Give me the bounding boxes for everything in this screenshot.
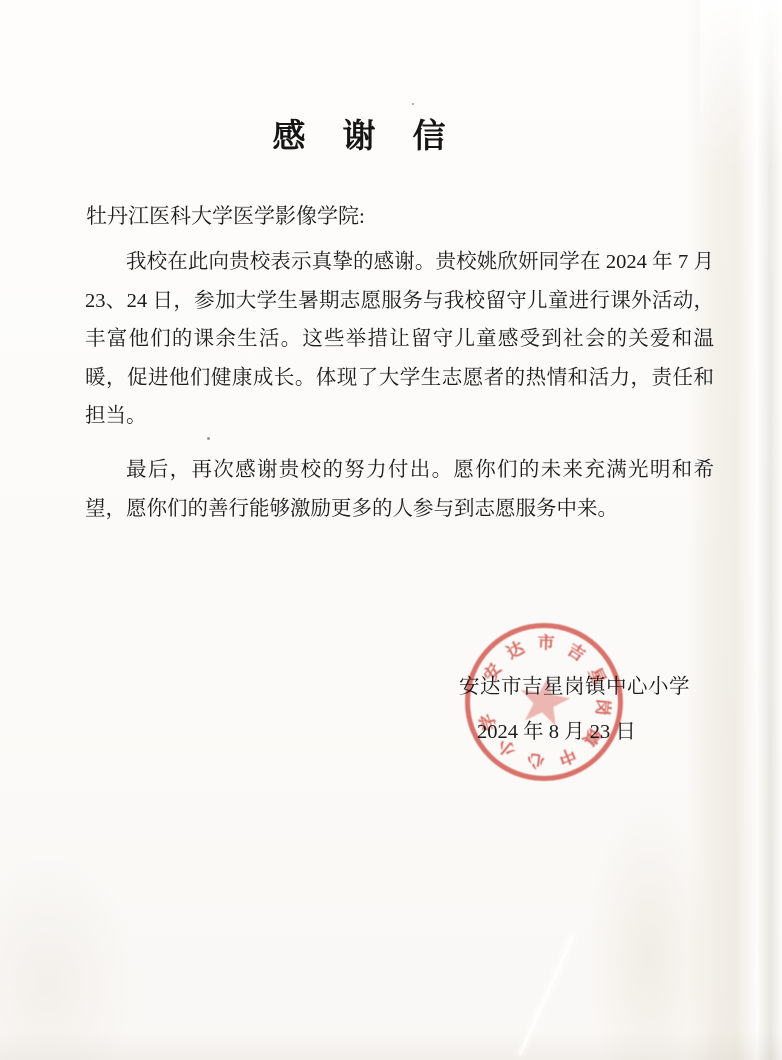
seal-ring-text: 安达市吉星岗镇中心小学 bbox=[465, 623, 623, 781]
paper-crease bbox=[519, 935, 575, 1055]
dust-speck bbox=[412, 103, 414, 105]
paper-shadow-bottom-right bbox=[560, 760, 740, 1060]
paper-shadow-right bbox=[686, 0, 782, 1060]
dust-speck bbox=[207, 437, 210, 440]
official-seal-stamp: 安达市吉星岗镇中心小学 bbox=[465, 623, 623, 781]
paper-shadow-bottom-edge bbox=[0, 1030, 782, 1060]
letter-paragraph-2: 最后，再次感谢贵校的努力付出。愿你们的未来充满光明和希望，愿你们的善行能够激励更… bbox=[85, 451, 714, 528]
scanned-letter-page: 感 谢 信 牡丹江医科大学医学影像学院: 我校在此向贵校表示真挚的感谢。贵校姚欣… bbox=[0, 0, 782, 1060]
letter-title: 感 谢 信 bbox=[0, 110, 720, 157]
letter-paragraph-1: 我校在此向贵校表示真挚的感谢。贵校姚欣妍同学在 2024 年 7 月 23、24… bbox=[85, 243, 714, 436]
paper-shadow-bottom-left bbox=[0, 800, 180, 1060]
letter-salutation: 牡丹江医科大学医学影像学院: bbox=[86, 200, 365, 230]
